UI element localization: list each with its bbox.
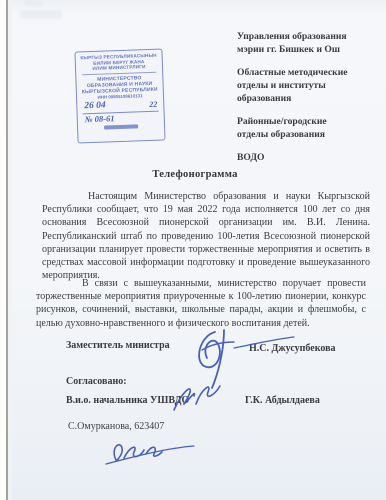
name-strike-mark xyxy=(232,334,296,350)
body-paragraph-2: В связи с вышеуказанными, министерство п… xyxy=(36,277,366,330)
executor-contact: С.Омурканова, 623407 xyxy=(68,421,164,432)
recipient-regional-departments: Областные методические отделы и институт… xyxy=(237,66,377,105)
body-paragraph-1: Настоящим Министерство образования и нау… xyxy=(42,190,370,282)
document-title: Телефонограмма xyxy=(30,169,360,180)
stamp-number-handwritten: № 08-61 xyxy=(78,111,164,125)
ministry-stamp: КЫРГЫЗ РЕСПУБЛИКАСЫНЫН БИЛИМ БЕРҮҮ ЖАНА … xyxy=(74,48,165,143)
recipient-list: Управления образования мэрии гг. Бишкек … xyxy=(237,30,377,174)
ushvdo-head-name: Г.К. Абдылдаева xyxy=(245,395,320,406)
agreed-label: Согласовано: xyxy=(66,376,127,387)
recipient-city-departments: Управления образования мэрии гг. Бишкек … xyxy=(237,30,377,56)
stamp-org-russian: МИНИСТЕРСТВО ОБРАЗОВАНИЯ И НАУКИ КЫРГЫЗС… xyxy=(76,74,163,95)
bleed-through-artifact xyxy=(24,1,42,6)
deputy-minister-role: Заместитель министра xyxy=(66,340,170,351)
recipient-vodo: ВОДО xyxy=(237,151,377,164)
executor-signature xyxy=(102,436,198,466)
bleed-through-artifact xyxy=(20,10,62,19)
scan-edge-soft xyxy=(8,0,12,500)
recipient-district-departments: Районные/городские отделы образования xyxy=(237,115,377,141)
stamp-org-kyrgyz: КЫРГЫЗ РЕСПУБЛИКАСЫНЫН БИЛИМ БЕРҮҮ ЖАНА … xyxy=(76,53,163,73)
stamp-bottom-bar xyxy=(104,124,138,129)
ushvdo-head-signature xyxy=(170,380,222,414)
